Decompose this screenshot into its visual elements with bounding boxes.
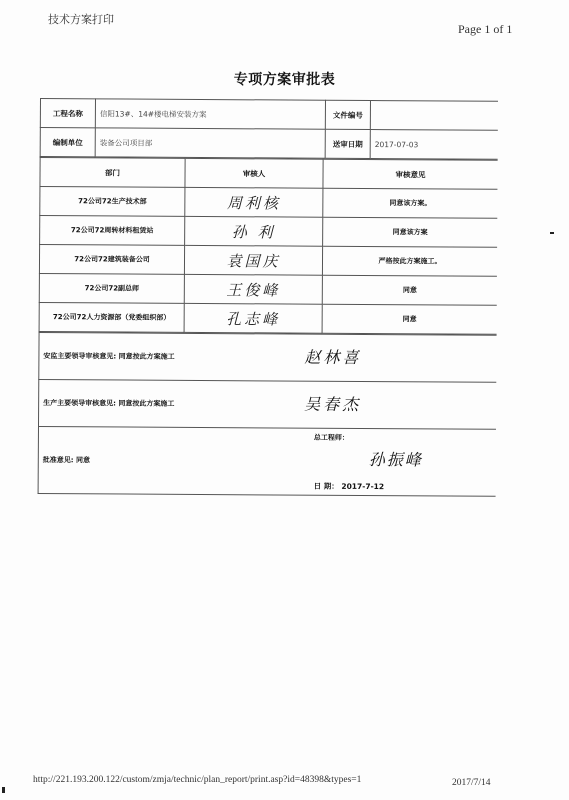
dept-cell: 72公司72副总师 — [39, 273, 184, 303]
review-header-row: 部门 审核人 审核意见 — [40, 158, 498, 190]
submit-date-label: 送审日期 — [325, 129, 370, 158]
print-footer-url: http://221.193.200.122/custom/zmja/techn… — [33, 775, 361, 785]
opinion-cell: 同意该方案。 — [323, 188, 498, 218]
reviewer-signature: 孙 利 — [185, 216, 323, 246]
opinion-cell: 严格按此方案施工。 — [322, 246, 497, 276]
scan-speck — [2, 787, 5, 793]
leadership-row-production: 生产主要领导审核意见: 同意按此方案施工 吴春杰 — [38, 379, 496, 429]
opinion-cell: 同意 — [322, 275, 497, 305]
approval-cell: 批准意见: 同意 总工程师： 孙振峰 日 期： 2017-7-12 — [38, 426, 496, 496]
chief-engineer-label: 总工程师： — [314, 433, 349, 443]
document-title: 专项方案审批表 — [0, 69, 569, 89]
production-lead-opinion: 生产主要领导审核意见: 同意按此方案施工 — [43, 399, 174, 408]
doc-number-value — [370, 101, 498, 131]
submit-date-value: 2017-07-03 — [370, 130, 498, 160]
print-header-title: 技术方案打印 — [48, 11, 114, 27]
table-row: 72公司72周转材料租赁站 孙 利 同意该方案 — [40, 216, 498, 248]
reviewer-signature: 孔志峰 — [184, 303, 322, 333]
approval-date-value: 2017-7-12 — [341, 482, 384, 491]
safety-lead-signature: 赵林喜 — [304, 345, 361, 368]
table-row: 72公司72生产技术部 周利核 同意该方案。 — [40, 187, 498, 219]
production-lead-cell: 生产主要领导审核意见: 同意按此方案施工 吴春杰 — [38, 379, 496, 429]
review-table: 部门 审核人 审核意见 72公司72生产技术部 周利核 同意该方案。 72公司7… — [39, 157, 498, 335]
approval-form: 工程名称 信阳13#、14#楼电梯安装方案 文件编号 编制单位 装备公司项目部 … — [38, 98, 498, 497]
leadership-table: 安监主要领导审核意见: 同意按此方案施工 赵林喜 生产主要领导审核意见: 同意按… — [38, 332, 497, 497]
opinion-cell: 同意 — [322, 304, 497, 334]
approval-opinion: 批准意见: 同意 — [43, 455, 90, 465]
dept-cell: 72公司72生产技术部 — [40, 187, 185, 217]
col-header-dept: 部门 — [40, 158, 185, 188]
reviewer-signature: 王俊峰 — [184, 274, 322, 304]
table-row: 72公司72副总师 王俊峰 同意 — [39, 273, 497, 305]
dept-cell: 72公司72人力资源部（党委组织部） — [39, 302, 184, 332]
reviewer-signature: 周利核 — [185, 187, 323, 217]
print-footer-date: 2017/7/14 — [452, 778, 491, 788]
leadership-row-safety: 安监主要领导审核意见: 同意按此方案施工 赵林喜 — [39, 332, 497, 382]
doc-number-label: 文件编号 — [325, 100, 370, 129]
info-row-unit: 编制单位 装备公司项目部 送审日期 2017-07-03 — [40, 128, 498, 160]
approval-row: 批准意见: 同意 总工程师： 孙振峰 日 期： 2017-7-12 — [38, 426, 496, 496]
safety-lead-cell: 安监主要领导审核意见: 同意按此方案施工 赵林喜 — [39, 332, 497, 382]
production-lead-signature: 吴春杰 — [304, 392, 361, 415]
unit-label: 编制单位 — [40, 128, 95, 157]
dept-cell: 72公司72建筑装备公司 — [39, 245, 184, 275]
table-row: 72公司72人力资源部（党委组织部） 孔志峰 同意 — [39, 302, 497, 334]
safety-lead-opinion: 安监主要领导审核意见: 同意按此方案施工 — [43, 352, 174, 361]
project-name-label: 工程名称 — [40, 99, 95, 128]
scan-speck — [550, 232, 554, 234]
approval-date-label: 日 期： — [314, 482, 339, 491]
page-indicator: Page 1 of 1 — [458, 22, 512, 37]
info-table: 工程名称 信阳13#、14#楼电梯安装方案 文件编号 编制单位 装备公司项目部 … — [40, 98, 498, 160]
project-name-value: 信阳13#、14#楼电梯安装方案 — [95, 99, 325, 129]
unit-value: 装备公司项目部 — [95, 128, 325, 158]
chief-engineer-signature: 孙振峰 — [369, 447, 423, 470]
table-row: 72公司72建筑装备公司 袁国庆 严格按此方案施工。 — [39, 245, 497, 277]
info-row-project: 工程名称 信阳13#、14#楼电梯安装方案 文件编号 — [40, 99, 498, 131]
dept-cell: 72公司72周转材料租赁站 — [40, 216, 185, 246]
opinion-cell: 同意该方案 — [323, 217, 498, 247]
reviewer-signature: 袁国庆 — [184, 245, 322, 275]
col-header-opinion: 审核意见 — [323, 159, 498, 189]
col-header-reviewer: 审核人 — [185, 158, 323, 188]
approval-date: 日 期： 2017-7-12 — [314, 481, 385, 492]
